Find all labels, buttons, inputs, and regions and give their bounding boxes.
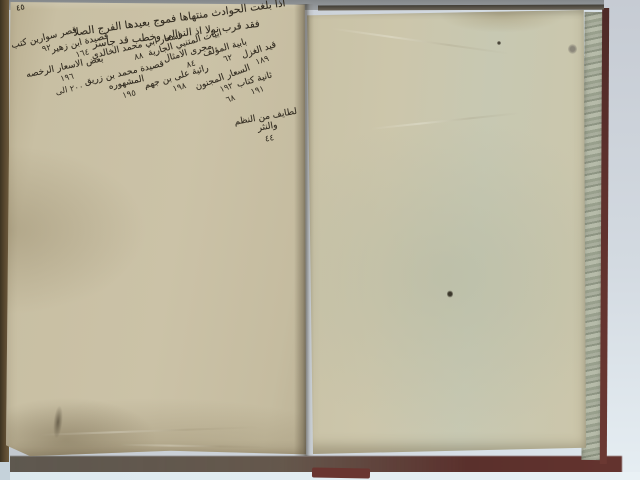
entry-page-number: ٤٤: [264, 134, 275, 145]
ink-speck: [447, 290, 453, 298]
top-cover-edge: [318, 5, 604, 11]
ink-speck: [497, 41, 501, 45]
right-page: [306, 10, 586, 454]
entry-title-line2: والنثر: [257, 121, 278, 135]
entry-page-number: ٨٨: [134, 52, 145, 64]
gutter-shadow: [294, 4, 314, 456]
paper-stain: [568, 44, 577, 54]
cover-bottom-corner: [312, 467, 370, 478]
folio-corner-mark: ٤٥: [15, 2, 25, 13]
background-right: [604, 0, 640, 480]
manuscript-photo: ٤٥ اذا بلغت الحوادث منتهاها فموج بعيدها …: [0, 0, 640, 480]
